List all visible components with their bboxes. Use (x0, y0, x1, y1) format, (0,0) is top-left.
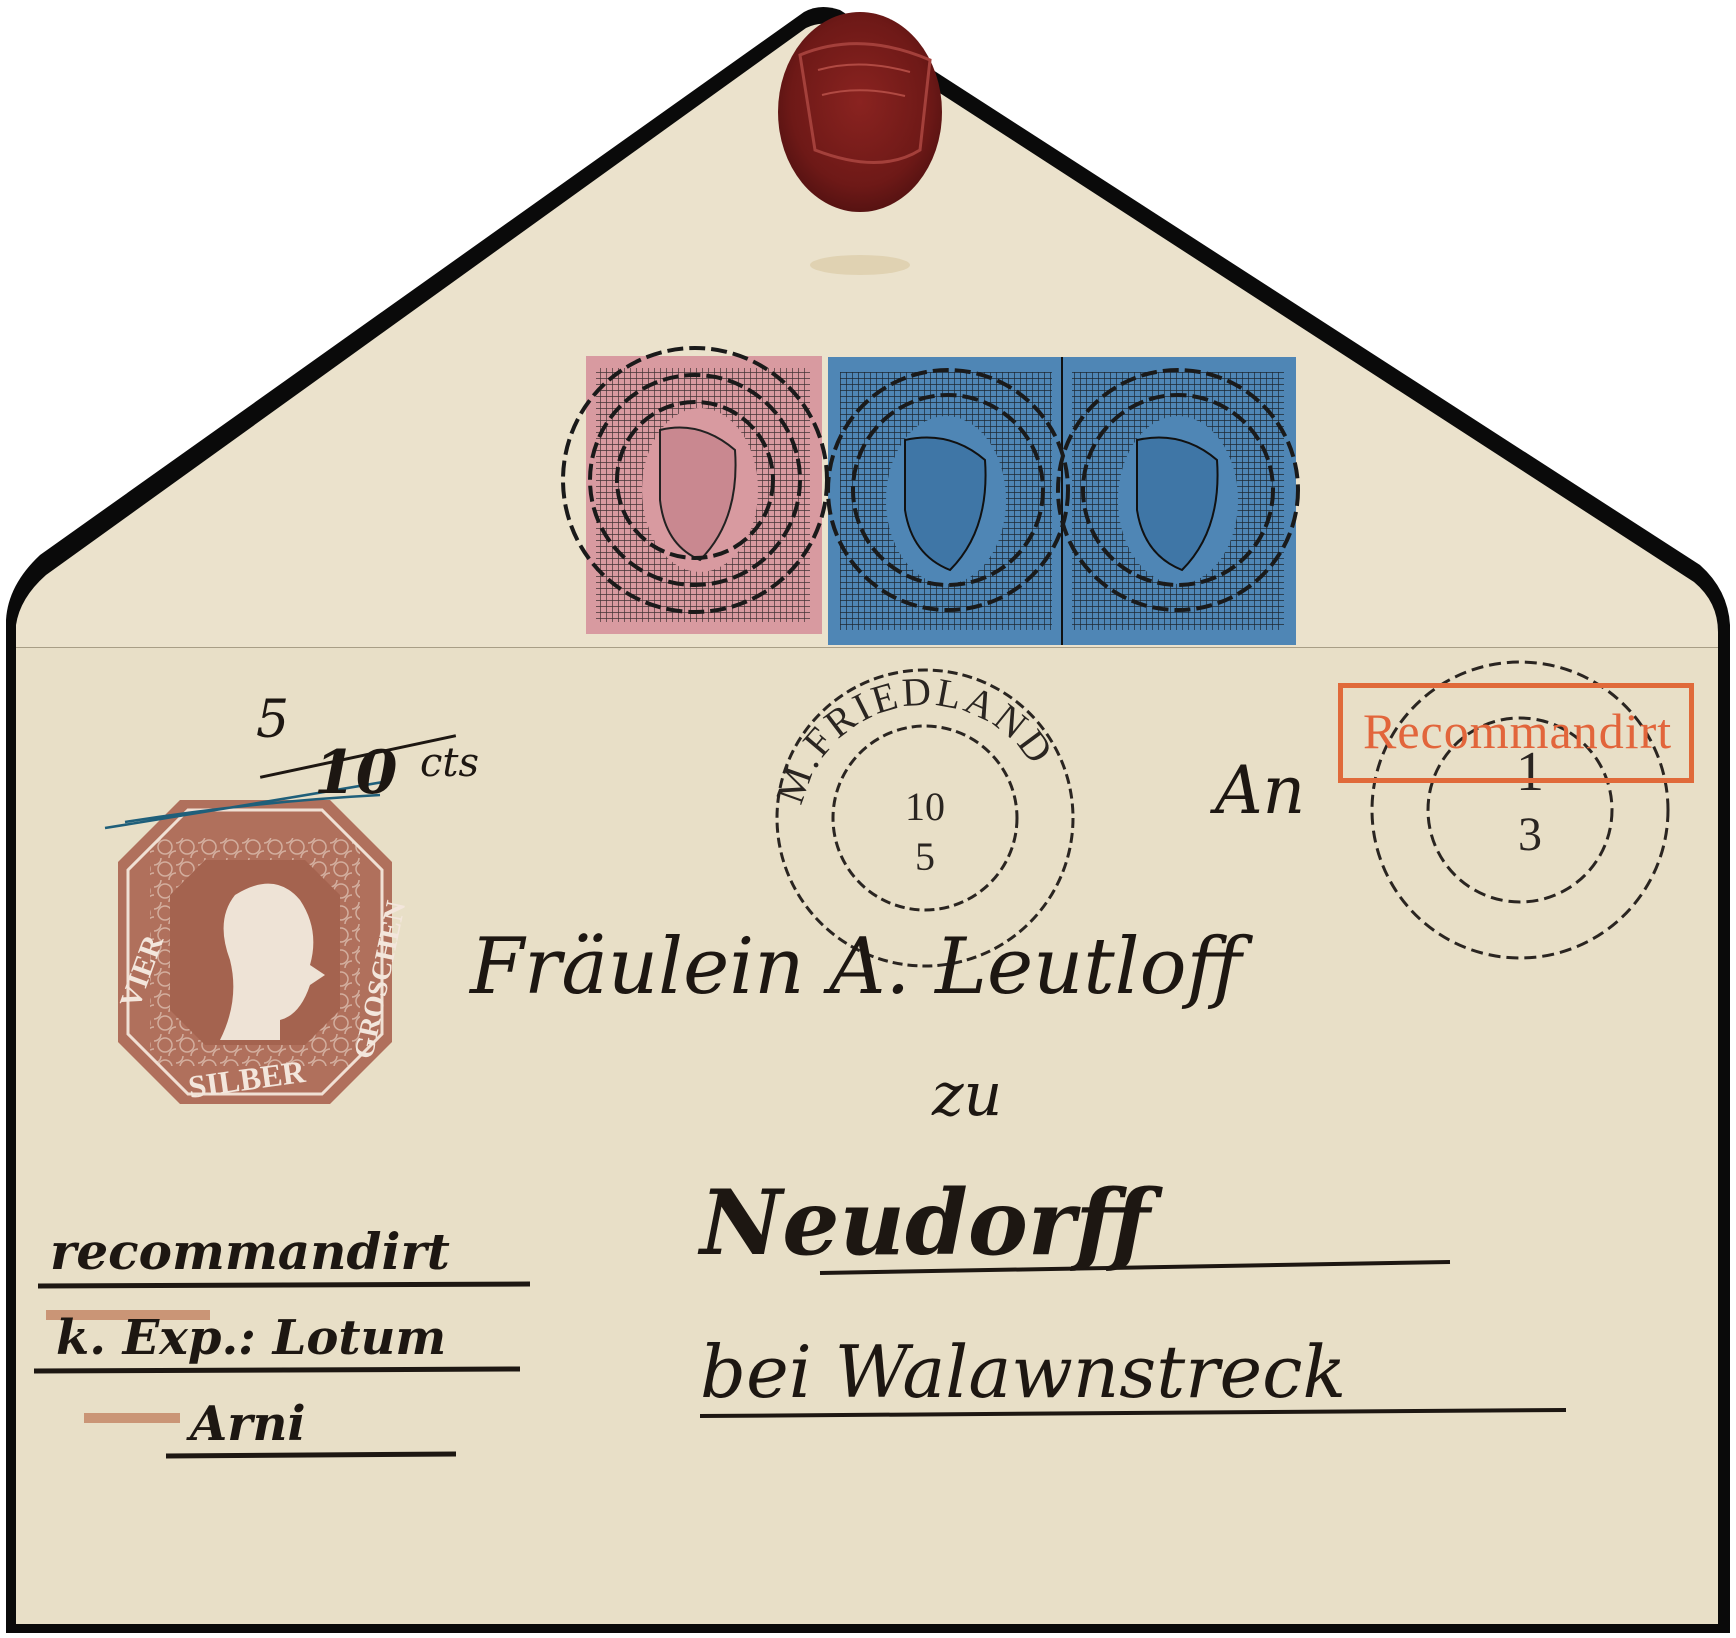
address-salutation: An (1215, 752, 1305, 829)
address-town: Neudorff (700, 1170, 1150, 1276)
stamp-rose-1sgr (586, 356, 822, 634)
svg-text:3: 3 (1518, 808, 1542, 861)
rate-note-suffix: cts (420, 740, 479, 786)
registration-label-text: Recommandirt (1363, 702, 1672, 760)
registration-label: Recommandirt (1338, 683, 1694, 783)
flap-stamps (563, 348, 1298, 645)
address-name: Fräulein A. Leutloff (470, 922, 1242, 1012)
left-note-signature: Arni (190, 1396, 306, 1452)
address-district: bei Walawnstreck (700, 1330, 1346, 1414)
left-note-expedition: k. Exp.: Lotum (56, 1310, 446, 1366)
left-note-registered: recommandirt (50, 1222, 450, 1281)
address-preposition: zu (932, 1060, 1002, 1130)
rate-note-numerator: 5 (256, 690, 289, 750)
svg-text:10: 10 (905, 784, 945, 829)
svg-text:5: 5 (915, 834, 935, 879)
envelope-photo: 10 5 M.FRIEDLAND 1 3 VIER SILBER GROSCHE… (0, 0, 1736, 1638)
rate-note-denominator: 10 (314, 738, 398, 808)
